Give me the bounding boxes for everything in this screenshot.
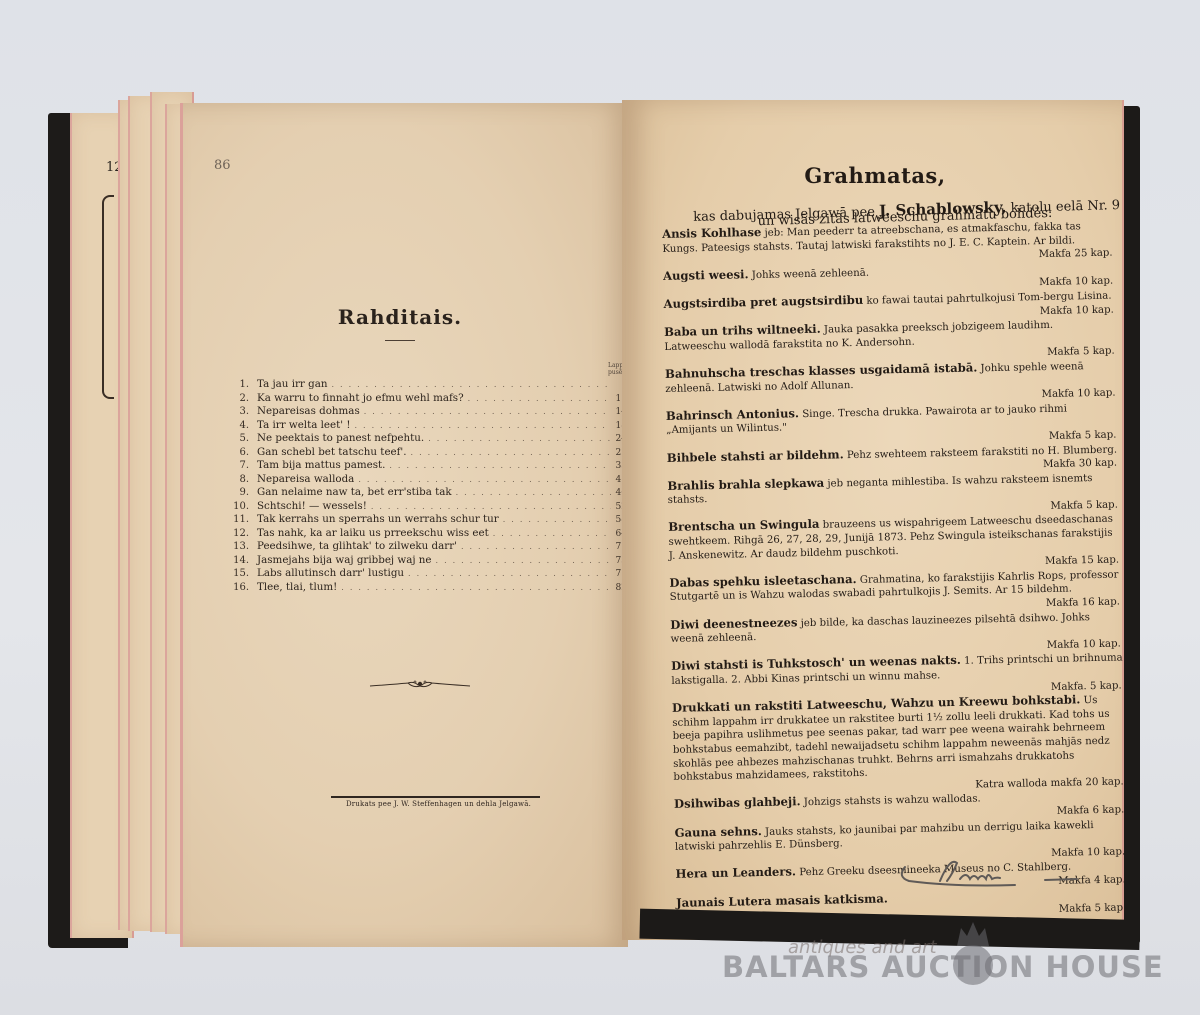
toc-number: 4. [227, 420, 249, 431]
leader-dots: ........................................… [456, 488, 611, 497]
book-title: Augsti weesi. [663, 267, 749, 283]
toc-row: 9.Gan nelaime naw ta, bet err'stiba tak.… [227, 486, 627, 500]
toc-row: 13.Peedsihwe, ta glihtak' to zilweku dar… [227, 540, 627, 554]
book-title: Baba un trihs wiltneeki. [664, 322, 821, 339]
title-rule-ornament [385, 340, 415, 342]
toc-number: 8. [227, 474, 249, 485]
leader-dots: ........................................… [468, 394, 611, 403]
toc-entry-title: Labs allutinsch darr' lustigu [257, 567, 404, 579]
book-title: Bihbele stahsti ar bildehm. [667, 447, 844, 465]
toc-number: 13. [227, 541, 249, 552]
leader-dots: ........................................… [358, 475, 611, 484]
toc-row: 11.Tak kerrahs un sperrahs un werrahs sc… [227, 513, 627, 527]
watermark-title: BALTARS AUCTION HOUSE [722, 950, 1164, 984]
toc-entry-title: Tlee, tlai, tlum! [257, 581, 337, 593]
toc-title: Rahditais. [330, 305, 470, 329]
toc-row: 10.Schtschi! — wessels!.................… [227, 500, 627, 514]
book-title: Jaunais Lutera masais katkisma. [676, 891, 888, 909]
leader-dots: ........................................… [364, 407, 611, 416]
leader-dots: ........................................… [332, 380, 612, 389]
printer-imprint: Drukats pee J. W. Steffenhagen un dehla … [336, 800, 541, 808]
book-title: Brahlis brahla slepkawa [667, 475, 824, 492]
leader-dots: ........................................… [428, 434, 611, 443]
table-of-contents: 1.Ta jau irr gan........................… [227, 378, 627, 594]
toc-entry-title: Gan schebl bet tatschu teef'. [257, 446, 407, 458]
ornament-divider-icon [368, 678, 472, 692]
toc-entry-title: Peedsihwe, ta glihtak' to zilweku darr' [257, 540, 457, 552]
toc-number: 2. [227, 393, 249, 404]
book-description: Johzigs stahsts is wahzu wallodas. [804, 794, 981, 809]
toc-number: 11. [227, 514, 249, 525]
book-entry: Brentscha un Swingula brauzeens us wispa… [668, 512, 1121, 577]
toc-entry-title: Jasmejahs bija waj gribbej waj ne [257, 554, 432, 566]
toc-row: 4.Ta irr welta leet' !..................… [227, 419, 627, 433]
toc-entry-title: Tam bija mattus pamest. [257, 459, 385, 471]
book-title: Ansis Kohlhase [662, 225, 761, 241]
toc-entry-title: Nepareisas dohmas [257, 405, 360, 417]
toc-number: 15. [227, 568, 249, 579]
toc-number: 10. [227, 501, 249, 512]
toc-number: 6. [227, 447, 249, 458]
toc-row: 14.Jasmejahs bija waj gribbej waj ne....… [227, 554, 627, 568]
toc-row: 6.Gan schebl bet tatschu teef'..........… [227, 446, 627, 460]
leader-dots: ........................................… [371, 502, 611, 511]
leader-dots: ........................................… [408, 569, 611, 578]
book-title: Dabas spehku isleetaschana. [669, 572, 856, 590]
toc-entry-title: Gan nelaime naw ta, bet err'stiba tak [257, 486, 452, 498]
toc-number: 9. [227, 487, 249, 498]
toc-entry-title: Ta irr welta leet' ! [257, 419, 351, 431]
toc-number: 16. [227, 582, 249, 593]
book-title: Gauna sehns. [675, 824, 762, 840]
toc-row: 7.Tam bija mattus pamest................… [227, 459, 627, 473]
toc-entry-title: Schtschi! — wessels! [257, 500, 367, 512]
toc-entry-title: Tak kerrahs un sperrahs un werrahs schur… [257, 513, 499, 525]
toc-number: 7. [227, 460, 249, 471]
imprint-rule [331, 796, 540, 798]
toc-entry-title: Nepareisa walloda [257, 473, 354, 485]
handwritten-signature-icon [895, 855, 1085, 895]
book-list: Ansis Kohlhase jeb: Man peederr ta atree… [662, 219, 1128, 925]
book-title: Brentscha un Swingula [668, 517, 819, 534]
book-title: Diwi deenestneezes [670, 615, 797, 632]
book-title: Dsihwibas glahbeji. [674, 795, 801, 812]
leader-dots: ........................................… [411, 448, 611, 457]
toc-row: 16.Tlee, tlai, tlum!....................… [227, 581, 627, 595]
book-title: Bahrinsch Antonius. [666, 406, 799, 423]
toc-number: 3. [227, 406, 249, 417]
page-number: 86 [214, 158, 231, 173]
toc-number: 12. [227, 528, 249, 539]
leader-dots: ........................................… [341, 583, 611, 592]
brace-icon [102, 195, 114, 399]
toc-row: 15.Labs allutinsch darr' lustigu........… [227, 567, 627, 581]
crown-logo-icon [955, 920, 991, 948]
toc-row: 5.Ne peektais to panest nefpehtu........… [227, 432, 627, 446]
toc-column-header: Lappu-pusē [608, 362, 622, 376]
toc-entry-title: Tas nahk, ka ar laiku us prreekschu wiss… [257, 527, 489, 539]
leader-dots: ........................................… [389, 461, 611, 470]
toc-entry-title: Ka warru to finnaht jo efmu wehl mafs? [257, 392, 464, 404]
toc-row: 2.Ka warru to finnaht jo efmu wehl mafs?… [227, 392, 627, 406]
toc-row: 12.Tas nahk, ka ar laiku us prreekschu w… [227, 527, 627, 541]
leader-dots: ........................................… [461, 542, 611, 551]
toc-number: 1. [227, 379, 249, 390]
toc-number: 5. [227, 433, 249, 444]
book-entry: Drukkati un rakstiti Latweeschu, Wahzu u… [672, 693, 1126, 799]
book-description: Johks weenā zehleenā. [752, 267, 869, 280]
catalog-title: Grahmatas, [790, 163, 960, 188]
toc-entry-title: Ta jau irr gan [257, 378, 328, 390]
toc-row: 3.Nepareisas dohmas.....................… [227, 405, 627, 419]
toc-number: 14. [227, 555, 249, 566]
toc-entry-title: Ne peektais to panest nefpehtu. [257, 432, 424, 444]
book-title: Augstsirdiba pret augstsirdibu [663, 293, 863, 311]
leader-dots: ........................................… [503, 515, 611, 524]
leader-dots: ........................................… [436, 556, 611, 565]
leader-dots: ........................................… [355, 421, 611, 430]
toc-row: 8.Nepareisa walloda.....................… [227, 473, 627, 487]
toc-row: 1.Ta jau irr gan........................… [227, 378, 627, 392]
leader-dots: ........................................… [493, 529, 611, 538]
book-title: Hera un Leanders. [675, 865, 796, 882]
